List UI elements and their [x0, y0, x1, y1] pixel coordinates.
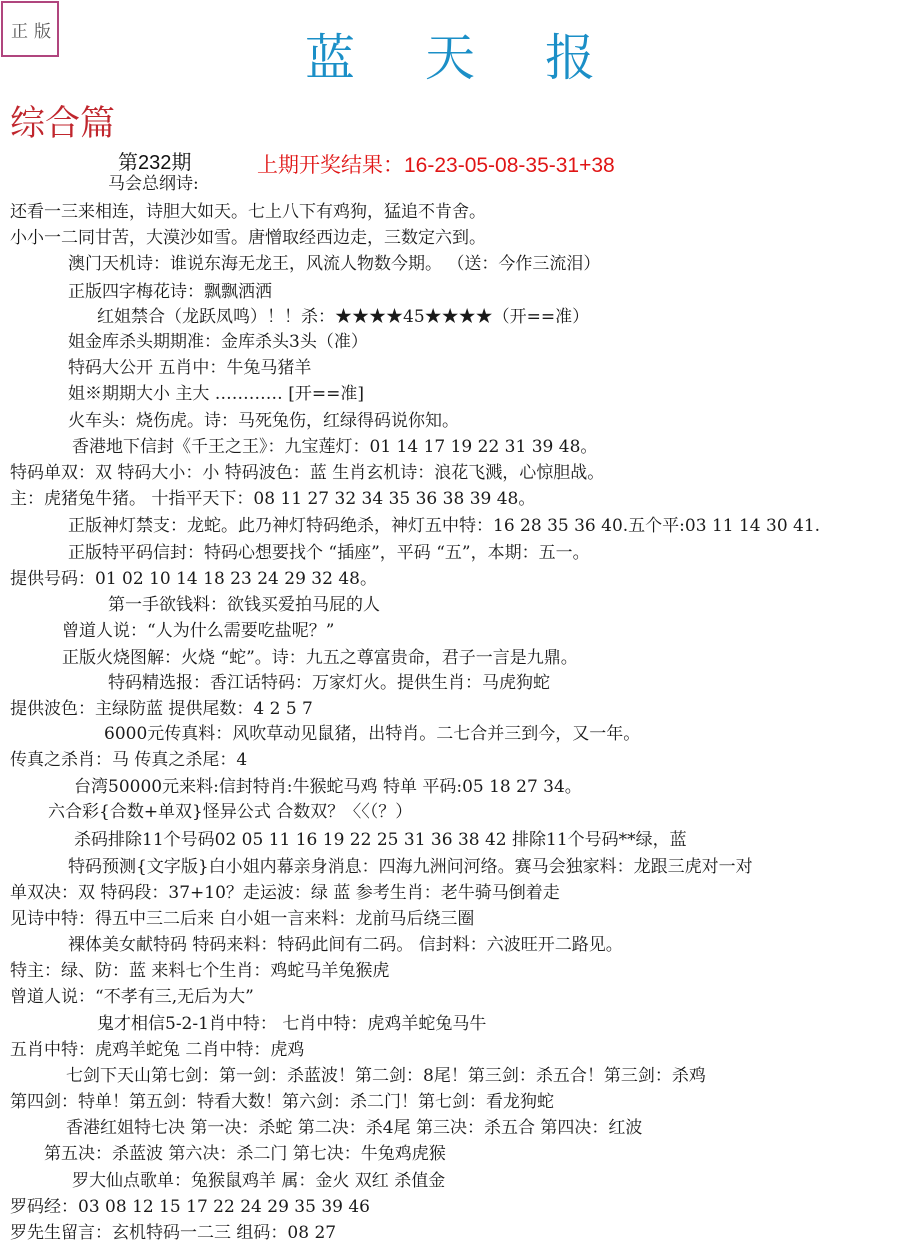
text-line: 曾道人说：“人为什么需要吃盐呢？” [62, 619, 334, 643]
masthead-char: 报 [545, 18, 595, 90]
text-line: 曾道人说：“不孝有三,无后为大” [10, 985, 254, 1009]
text-line: 香港红姐特七决 第一决：杀蛇 第二决：杀4尾 第三决：杀五合 第四决：红波 [66, 1116, 642, 1140]
masthead-title: 蓝天报 [0, 18, 900, 90]
text-line: 特码预测{文字版}白小姐内幕亲身消息：四海九洲问河络。赛马会独家料：龙跟三虎对一… [68, 855, 753, 879]
text-line: 6000元传真料：风吹草动见鼠猪，出特肖。二七合并三到今，又一年。 [104, 722, 640, 746]
text-line: 火车头：烧伤虎。诗：马死兔伤，红绿得码说你知。 [68, 409, 459, 433]
text-line: 提供波色：主绿防蓝 提供尾数：4 2 5 7 [10, 697, 313, 721]
text-line: 罗大仙点歌单：兔猴鼠鸡羊 属：金火 双红 杀值金 [72, 1169, 445, 1193]
text-line: 六合彩{合数+单双}怪异公式 合数双？〈〈（？） [48, 800, 412, 824]
text-line: 鬼才相信5-2-1肖中特： 七肖中特：虎鸡羊蛇兔马牛 [97, 1012, 486, 1036]
text-line: 杀码排除11个号码02 05 11 16 19 22 25 31 36 38 4… [74, 828, 687, 852]
issue-number: 第232期 [118, 146, 191, 175]
text-line: 特主：绿、防：蓝 来料七个生肖：鸡蛇马羊兔猴虎 [10, 959, 389, 983]
text-line: 马会总纲诗: [108, 172, 199, 196]
text-line: 姐※期期大小 主大 ………… [开==准] [68, 382, 364, 406]
text-line: 罗码经：03 08 12 15 17 22 24 29 35 39 46 [10, 1195, 370, 1219]
text-line: 见诗中特：得五中三二后来 白小姐一言来料：龙前马后绕三圈 [10, 907, 474, 931]
last-draw-numbers: 16-23-05-08-35-31+38 [404, 154, 615, 177]
section-title: 综合篇 [10, 96, 115, 146]
text-line: 提供号码：01 02 10 14 18 23 24 29 32 48。 [10, 567, 377, 591]
last-draw-result: 上期开奖结果：16-23-05-08-35-31+38 [257, 149, 615, 179]
text-line: 台湾50000元来料:信封特肖:牛猴蛇马鸡 特单 平码:05 18 27 34。 [74, 775, 582, 799]
text-line: 五肖中特：虎鸡羊蛇兔 二肖中特：虎鸡 [10, 1038, 304, 1062]
text-line: 红姐禁合（龙跃凤鸣）！！杀：★★★★45★★★★（开==准） [97, 305, 589, 329]
text-line: 姐金库杀头期期准：金库杀头3头（准） [68, 330, 368, 354]
text-line: 裸体美女献特码 特码来料：特码此间有二码。 信封料：六波旺开二路见。 [68, 933, 623, 957]
text-line: 正版特平码信封：特码心想要找个 “插座”，平码 “五”，本期：五一。 [68, 541, 590, 565]
last-draw-label: 上期开奖结果： [257, 154, 404, 177]
text-line: 特码大公开 五肖中：牛兔马猪羊 [68, 356, 311, 380]
text-line: 第四剑：特单！第五剑：特看大数！第六剑：杀二门！第七剑：看龙狗蛇 [10, 1090, 554, 1114]
text-line: 第五决：杀蓝波 第六决：杀二门 第七决：牛兔鸡虎猴 [44, 1142, 446, 1166]
text-line: 还看一三来相连，诗胆大如天。七上八下有鸡狗，猛追不肯舍。 [10, 200, 486, 224]
text-line: 香港地下信封《千王之王》：九宝莲灯：01 14 17 19 22 31 39 4… [72, 435, 597, 459]
text-line: 正版火烧图解：火烧 “蛇”。诗：九五之尊富贵命，君子一言是九鼎。 [62, 646, 578, 670]
masthead-char: 蓝 [305, 18, 355, 90]
masthead-char: 天 [425, 18, 475, 90]
text-line: 传真之杀肖：马 传真之杀尾：4 [10, 748, 247, 772]
text-line: 正版神灯禁支：龙蛇。此乃神灯特码绝杀，神灯五中特：16 28 35 36 40.… [68, 514, 820, 538]
text-line: 单双决：双 特码段：37+10？走运波：绿 蓝 参考生肖：老牛骑马倒着走 [10, 881, 560, 905]
text-line: 小小一二同甘苦，大漠沙如雪。唐憎取经西边走，三数定六到。 [10, 226, 486, 250]
text-line: 第一手欲钱料：欲钱买爱拍马屁的人 [108, 593, 380, 617]
text-line: 七剑下天山第七剑：第一剑：杀蓝波！第二剑：8尾！第三剑：杀五合！第三剑：杀鸡 [66, 1064, 706, 1088]
text-line: 特码精选报：香江话特码：万家灯火。提供生肖：马虎狗蛇 [108, 671, 550, 695]
text-line: 澳门天机诗：谁说东海无龙王，风流人物数今期。 （送：今作三流泪） [68, 252, 600, 276]
text-line: 罗先生留言：玄机特码一二三 组码：08 27 [10, 1221, 336, 1243]
text-line: 主：虎猪兔牛猪。 十指平天下：08 11 27 32 34 35 36 38 3… [10, 487, 535, 511]
text-line: 特码单双：双 特码大小：小 特码波色：蓝 生肖玄机诗：浪花飞溅，心惊胆战。 [10, 461, 604, 485]
text-line: 正版四字梅花诗：飘飘洒洒 [68, 280, 272, 304]
